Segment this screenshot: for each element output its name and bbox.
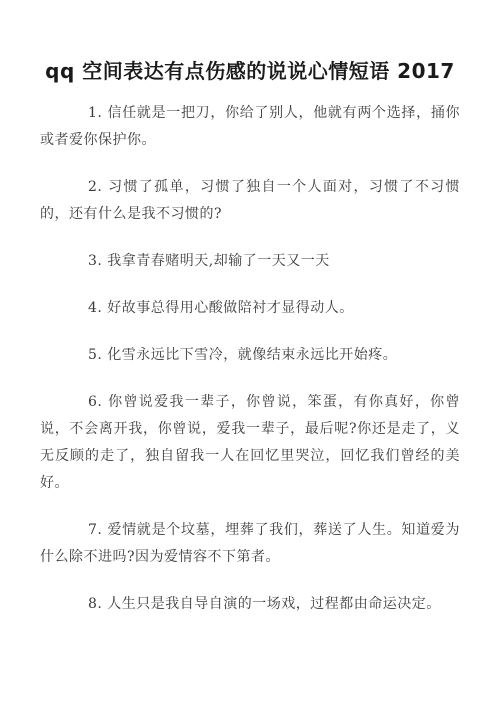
document-page: qq 空间表达有点伤感的说说心情短语 2017 1. 信任就是一把刀，你给了别人… [0, 0, 500, 707]
quote-item-5: 5. 化雪永远比下雪冷，就像结束永远比开始疼。 [40, 342, 460, 369]
quote-item-7: 7. 爱情就是个坟墓，埋葬了我们，葬送了人生。知道爱为什么除不进吗?因为爱情容不… [40, 517, 460, 571]
quote-item-2: 2. 习惯了孤单，习惯了独自一个人面对，习惯了不习惯的，还有什么是我不习惯的? [40, 174, 460, 228]
quote-list: 1. 信任就是一把刀，你给了别人，他就有两个选择，捅你或者爱你保护你。2. 习惯… [40, 100, 460, 618]
quote-item-4: 4. 好故事总得用心酸做陪衬才显得动人。 [40, 295, 460, 322]
quote-item-8: 8. 人生只是我自导自演的一场戏，过程都由命运决定。 [40, 591, 460, 618]
page-title: qq 空间表达有点伤感的说说心情短语 2017 [40, 58, 460, 84]
quote-item-3: 3. 我拿青春赌明天,却输了一天又一天 [40, 248, 460, 275]
quote-item-1: 1. 信任就是一把刀，你给了别人，他就有两个选择，捅你或者爱你保护你。 [40, 100, 460, 154]
quote-item-6: 6. 你曾说爱我一辈子，你曾说，笨蛋，有你真好，你曾说，不会离开我，你曾说，爱我… [40, 389, 460, 497]
